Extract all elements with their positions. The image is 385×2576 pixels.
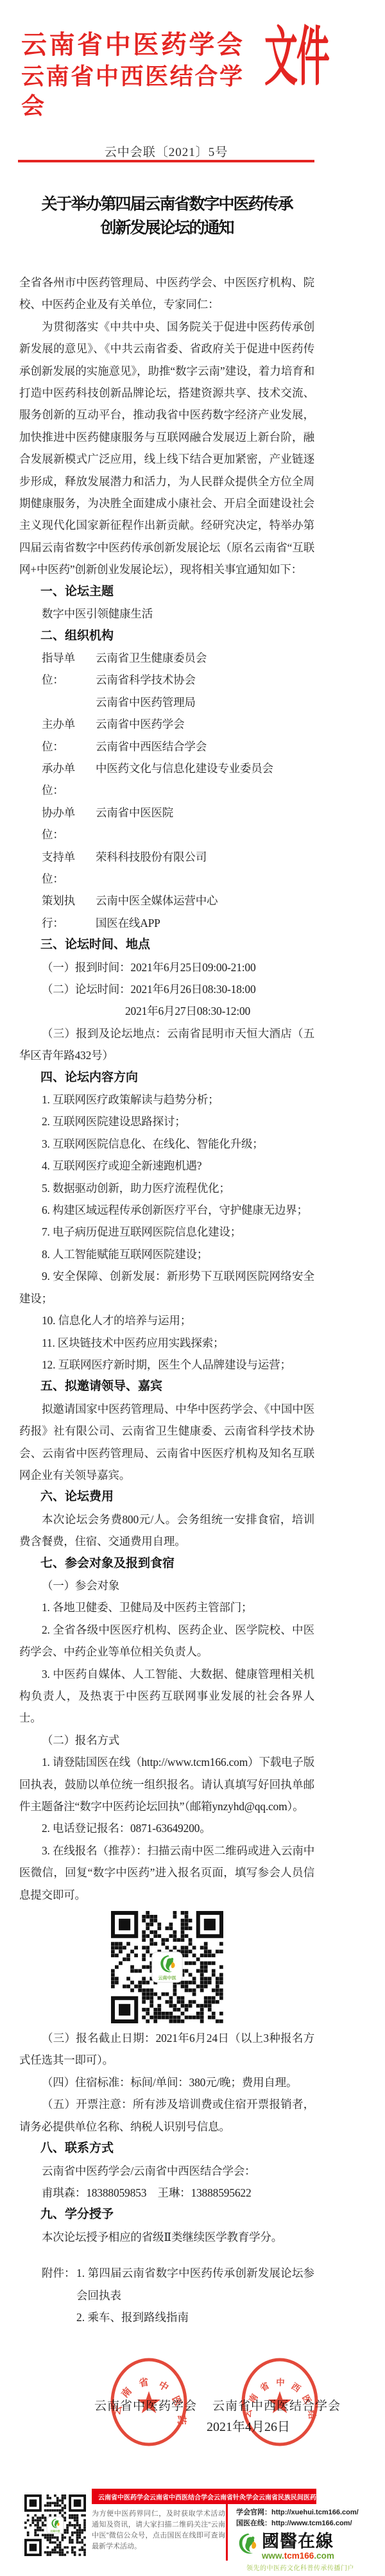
body-paragraph: （一）报到时间：2021年6月25日09:00-21:00 xyxy=(19,956,314,978)
footer-note: 为方便中医药界同仁，及时获取学术活动通知及资讯，请大家扫描二维码关注“云南中医”… xyxy=(92,2509,225,2552)
unit-value: 中医药文化与信息化建设专业委员会 xyxy=(96,757,314,779)
document-number: 云中会联〔2021〕5号 xyxy=(18,143,314,160)
attachment-item-no: 2. xyxy=(76,2311,85,2324)
org-unit-row: 协办单位：云南省中医医院 xyxy=(42,802,314,846)
official-seal-integrative-medicine-association: 云南省中西医结合学会 xyxy=(240,2356,320,2448)
site-label: 国医在线： xyxy=(236,2520,271,2527)
body-paragraph: 3. 互联网医院信息化、在线化、智能化升级； xyxy=(19,1133,314,1155)
document-title-line2: 创新发展论坛的通知 xyxy=(19,216,314,240)
attachment-label: 附件： xyxy=(42,2262,76,2328)
document-body: 全省各州市中医药管理局、中医药学会、中医医疗机构、院校、中医药企业及有关单位，专… xyxy=(19,272,314,2248)
body-paragraph: 甫琪森：18388059853 王琳：13888595622 xyxy=(19,2182,314,2204)
body-paragraph: 3. 中医药自媒体、人工智能、大数据、健康管理相关机构负责人，及热衷于中医药互联… xyxy=(19,1663,314,1729)
gyzx-site-link: 国医在线：http://www.tcm166.com/ xyxy=(236,2518,364,2529)
section-heading: 八、联系方式 xyxy=(19,2138,314,2159)
attachment-item: 1. 第四届云南省数字中医药传承创新发展论坛参会回执表 xyxy=(76,2262,314,2306)
body-paragraph: 2. 互联网医院建设思路探讨； xyxy=(19,1111,314,1132)
body-paragraph: （五）开票注意：所有涉及培训费或住宿开票报销者，请务必提供单位名称、纳税人识别号… xyxy=(19,2093,314,2138)
body-paragraph: 7. 电子病历促进互联网医院信息化建设； xyxy=(19,1221,314,1243)
section-heading: 九、学分授予 xyxy=(19,2204,314,2226)
body-paragraph: 10. 信息化人才的培养与运用； xyxy=(19,1310,314,1331)
footer-org-banner: 云南省中医药学会 云南省中西医结合学会 云南省针灸学会 云南省民族民间医药学会 xyxy=(92,2489,316,2504)
section-heading: 二、组织机构 xyxy=(19,625,314,647)
document-word: 文件 xyxy=(264,26,329,90)
body-paragraph: （三）报到及论坛地点：云南省昆明市天恒大酒店（五华区青年路432号） xyxy=(19,1023,314,1067)
banner-org: 云南省中西医结合学会 xyxy=(150,2492,214,2502)
unit-values: 云南中医全媒体运营中心国医在线APP xyxy=(96,890,314,934)
svg-text:云南中医: 云南中医 xyxy=(50,2529,60,2532)
site-url: http://xuehui.tcm166.com/ xyxy=(271,2509,359,2516)
body-paragraph: 4. 互联网医疗或迎全新速跑机遇? xyxy=(19,1155,314,1177)
body-paragraph: 2. 电话登记报名：0871-63649200。 xyxy=(19,1817,314,1839)
site-label: 学会官网： xyxy=(236,2509,271,2516)
document-title: 关于举办第四届云南省数字中医药传承 创新发展论坛的通知 xyxy=(19,193,314,240)
unit-values: 云南省中医医院 xyxy=(96,802,314,846)
banner-org: 云南省民族民间医药学会 xyxy=(259,2492,329,2502)
body-paragraph: 12. 互联网医疗新时期，医生个人品牌建设与运营； xyxy=(19,1354,314,1376)
org-unit-row: 策划执行：云南中医全媒体运营中心国医在线APP xyxy=(42,890,314,934)
letterhead-divider-line xyxy=(18,160,314,162)
attachment-item-text: 乘车、报到路线指南 xyxy=(88,2311,189,2324)
unit-value: 云南省科学技术协会 xyxy=(96,669,314,691)
body-paragraph: （三）报名截止日期：2021年6月24日（以上3种报名方式任选其一即可）。 xyxy=(19,2027,314,2071)
attachment-item: 2. 乘车、报到路线指南 xyxy=(76,2306,314,2328)
letterhead-org-names: 云南省中医药学会 云南省中西医结合学会 xyxy=(21,28,243,121)
footer-links: 学会官网：http://xuehui.tcm166.com/ 国医在线：http… xyxy=(236,2507,364,2572)
attachment-block: 附件： 1. 第四届云南省数字中医药传承创新发展论坛参会回执表 2. 乘车、报到… xyxy=(42,2262,314,2328)
seal-text: 云南省中医药学会 xyxy=(109,2356,187,2425)
unit-label: 承办单位： xyxy=(42,757,96,802)
wechat-qr-code: 云南中医 xyxy=(24,2494,86,2559)
unit-label: 指导单位： xyxy=(42,647,96,713)
seal-star-icon xyxy=(137,2391,160,2413)
official-seal-tcm-association: 云南省中医药学会 xyxy=(109,2356,189,2448)
attachment-items: 1. 第四届云南省数字中医药传承创新发展论坛参会回执表 2. 乘车、报到路线指南 xyxy=(76,2262,314,2328)
body-paragraph: （一）参会对象 xyxy=(19,1575,314,1596)
body-paragraph: 1. 互联网医疗政策解读与趋势分析； xyxy=(19,1089,314,1111)
unit-values: 云南省卫生健康委员会云南省科学技术协会云南省中医药管理局 xyxy=(96,647,314,713)
banner-org: 云南省中医药学会 xyxy=(98,2492,150,2502)
unit-value: 云南省中医药学会 xyxy=(96,713,314,735)
unit-values: 荣科科技股份有限公司 xyxy=(96,846,314,890)
signature-seal-area: 云南省中医药学会云南省中西医结合学会 2021年4月26日 云南省中医药学会 云… xyxy=(19,2356,314,2503)
gyzx-logo-text: 國醫在線 xyxy=(262,2532,334,2551)
unit-value: 云南中医全媒体运营中心 xyxy=(96,890,314,912)
unit-value: 云南省中医医院 xyxy=(96,802,314,824)
unit-value: 云南省卫生健康委员会 xyxy=(96,647,314,669)
unit-value: 云南省中西医结合学会 xyxy=(96,736,314,757)
attachment-item-no: 1. xyxy=(76,2267,85,2279)
body-paragraph: 5. 数据驱动创新，助力医疗流程优化； xyxy=(19,1177,314,1199)
document-title-line1: 关于举办第四届云南省数字中医药传承 xyxy=(19,193,314,216)
document-flow: 关于举办第四届云南省数字中医药传承 创新发展论坛的通知 全省各州市中医药管理局、… xyxy=(19,193,314,2503)
gyzx-logo: 國醫在線 www.tcm166.com xyxy=(236,2532,364,2561)
section-heading: 六、论坛费用 xyxy=(19,1486,314,1508)
org-unit-row: 支持单位：荣科科技股份有限公司 xyxy=(42,846,314,890)
attachment-item-text: 第四届云南省数字中医药传承创新发展论坛参会回执表 xyxy=(76,2267,314,2301)
body-paragraph: 本次论坛会务费800元/人。会务组统一安排食宿，培训费含餐费，住宿、交通费用自理… xyxy=(19,1508,314,1553)
unit-label: 策划执行： xyxy=(42,890,96,934)
body-paragraph: 1. 各地卫健委、卫健局及中医药主管部门； xyxy=(19,1596,314,1618)
org-name-line2: 云南省中西医结合学会 xyxy=(21,62,243,121)
banner-org: 云南省针灸学会 xyxy=(214,2492,259,2502)
body-paragraph: 本次论坛授予相应的省级Ⅱ类继续医学教育学分。 xyxy=(19,2226,314,2248)
body-paragraph: 数字中医引领健康生活 xyxy=(19,603,314,625)
unit-value: 荣科科技股份有限公司 xyxy=(96,846,314,868)
body-paragraph: 8. 人工智能赋能互联网医院建设； xyxy=(19,1243,314,1265)
body-paragraph: 11. 区块链技术中医药应用实践探索； xyxy=(19,1332,314,1354)
section-heading: 三、论坛时间、地点 xyxy=(19,934,314,956)
unit-values: 云南省中医药学会云南省中西医结合学会 xyxy=(96,713,314,757)
body-paragraph: （二）报名方式 xyxy=(19,1729,314,1751)
svg-text:云南中医: 云南中医 xyxy=(158,1975,176,1980)
body-paragraph: （四）住宿标准：标间/单间：380元/晚；费用自理。 xyxy=(19,2071,314,2093)
body-paragraph: 9. 安全保障、创新发展：新形势下互联网医院网络安全建设； xyxy=(19,1265,314,1310)
body-paragraph: 云南省中医药学会/云南省中西医结合学会： xyxy=(19,2160,314,2182)
body-paragraph: 2. 全省各级中医医疗机构、医药企业、医学院校、中医药学会、中药企业等单位相关负… xyxy=(19,1619,314,1663)
unit-value: 云南省中医药管理局 xyxy=(96,691,314,713)
svg-text:云南省中医药学会: 云南省中医药学会 xyxy=(109,2356,187,2425)
body-paragraph: 拟邀请国家中医药管理局、中华中医药学会、《中国中医药报》社有限公司、云南省卫生健… xyxy=(19,1398,314,1487)
gyzx-logo-url: www.tcm166.com xyxy=(262,2551,334,2561)
org-unit-row: 主办单位：云南省中医药学会云南省中西医结合学会 xyxy=(42,713,314,757)
letterhead: 云南省中医药学会 云南省中西医结合学会 文件 云中会联〔2021〕5号 xyxy=(18,0,314,164)
footer: 云南中医 云南省中医药学会 云南省中西医结合学会 云南省针灸学会 云南省民族民间… xyxy=(0,2485,385,2572)
unit-label: 主办单位： xyxy=(42,713,96,757)
seal-text: 云南省中西医结合学会 xyxy=(240,2356,318,2420)
body-paragraph: 1. 请登陆国医在线（http://www.tcm166.com）下载电子版回执… xyxy=(19,1751,314,1817)
body-paragraph: 全省各州市中医药管理局、中医药学会、中医医疗机构、院校、中医药企业及有关单位，专… xyxy=(19,272,314,316)
unit-label: 支持单位： xyxy=(42,846,96,890)
unit-value: 国医在线APP xyxy=(96,912,314,934)
svg-text:云南省中西医结合学会: 云南省中西医结合学会 xyxy=(240,2356,318,2420)
org-unit-row: 承办单位：中医药文化与信息化建设专业委员会 xyxy=(42,757,314,802)
section-heading: 四、论坛内容方向 xyxy=(19,1067,314,1089)
unit-label: 协办单位： xyxy=(42,802,96,846)
section-heading: 一、论坛主题 xyxy=(19,581,314,603)
seal-star-icon xyxy=(268,2391,291,2413)
official-document-page: 云南省中医药学会 云南省中西医结合学会 文件 云中会联〔2021〕5号 关于举办… xyxy=(0,0,385,2576)
body-paragraph: 为贯彻落实《中共中央、国务院关于促进中医药传承创新发展的意见》、《中共云南省委、… xyxy=(19,316,314,581)
gyzx-slogan: 领先的中医药文化科普传承传播门户 xyxy=(236,2563,364,2572)
body-paragraph: 3. 在线报名（推荐）：扫描云南中医二维码或进入云南中医微信，回复“数字中医药”… xyxy=(19,1840,314,1906)
unit-values: 中医药文化与信息化建设专业委员会 xyxy=(96,757,314,802)
org-name-line1: 云南省中医药学会 xyxy=(21,28,243,62)
swan-logo-icon xyxy=(236,2532,259,2558)
site-url: http://www.tcm166.com/ xyxy=(271,2520,352,2527)
section-heading: 五、拟邀请领导、嘉宾 xyxy=(19,1376,314,1397)
body-paragraph: 2021年6月27日08:30-12:00 xyxy=(19,1000,314,1022)
registration-qr-code: 云南中医 xyxy=(19,1906,314,2027)
org-unit-row: 指导单位：云南省卫生健康委员会云南省科学技术协会云南省中医药管理局 xyxy=(42,647,314,713)
association-site-link: 学会官网：http://xuehui.tcm166.com/ xyxy=(236,2507,364,2518)
body-paragraph: 6. 构建区域远程传承创新医疗平台，守护健康无边界； xyxy=(19,1199,314,1221)
section-heading: 七、参会对象及报到食宿 xyxy=(19,1553,314,1575)
footer-divider xyxy=(226,2504,228,2561)
body-paragraph: （二）论坛时间：2021年6月26日08:30-18:00 xyxy=(19,978,314,1000)
